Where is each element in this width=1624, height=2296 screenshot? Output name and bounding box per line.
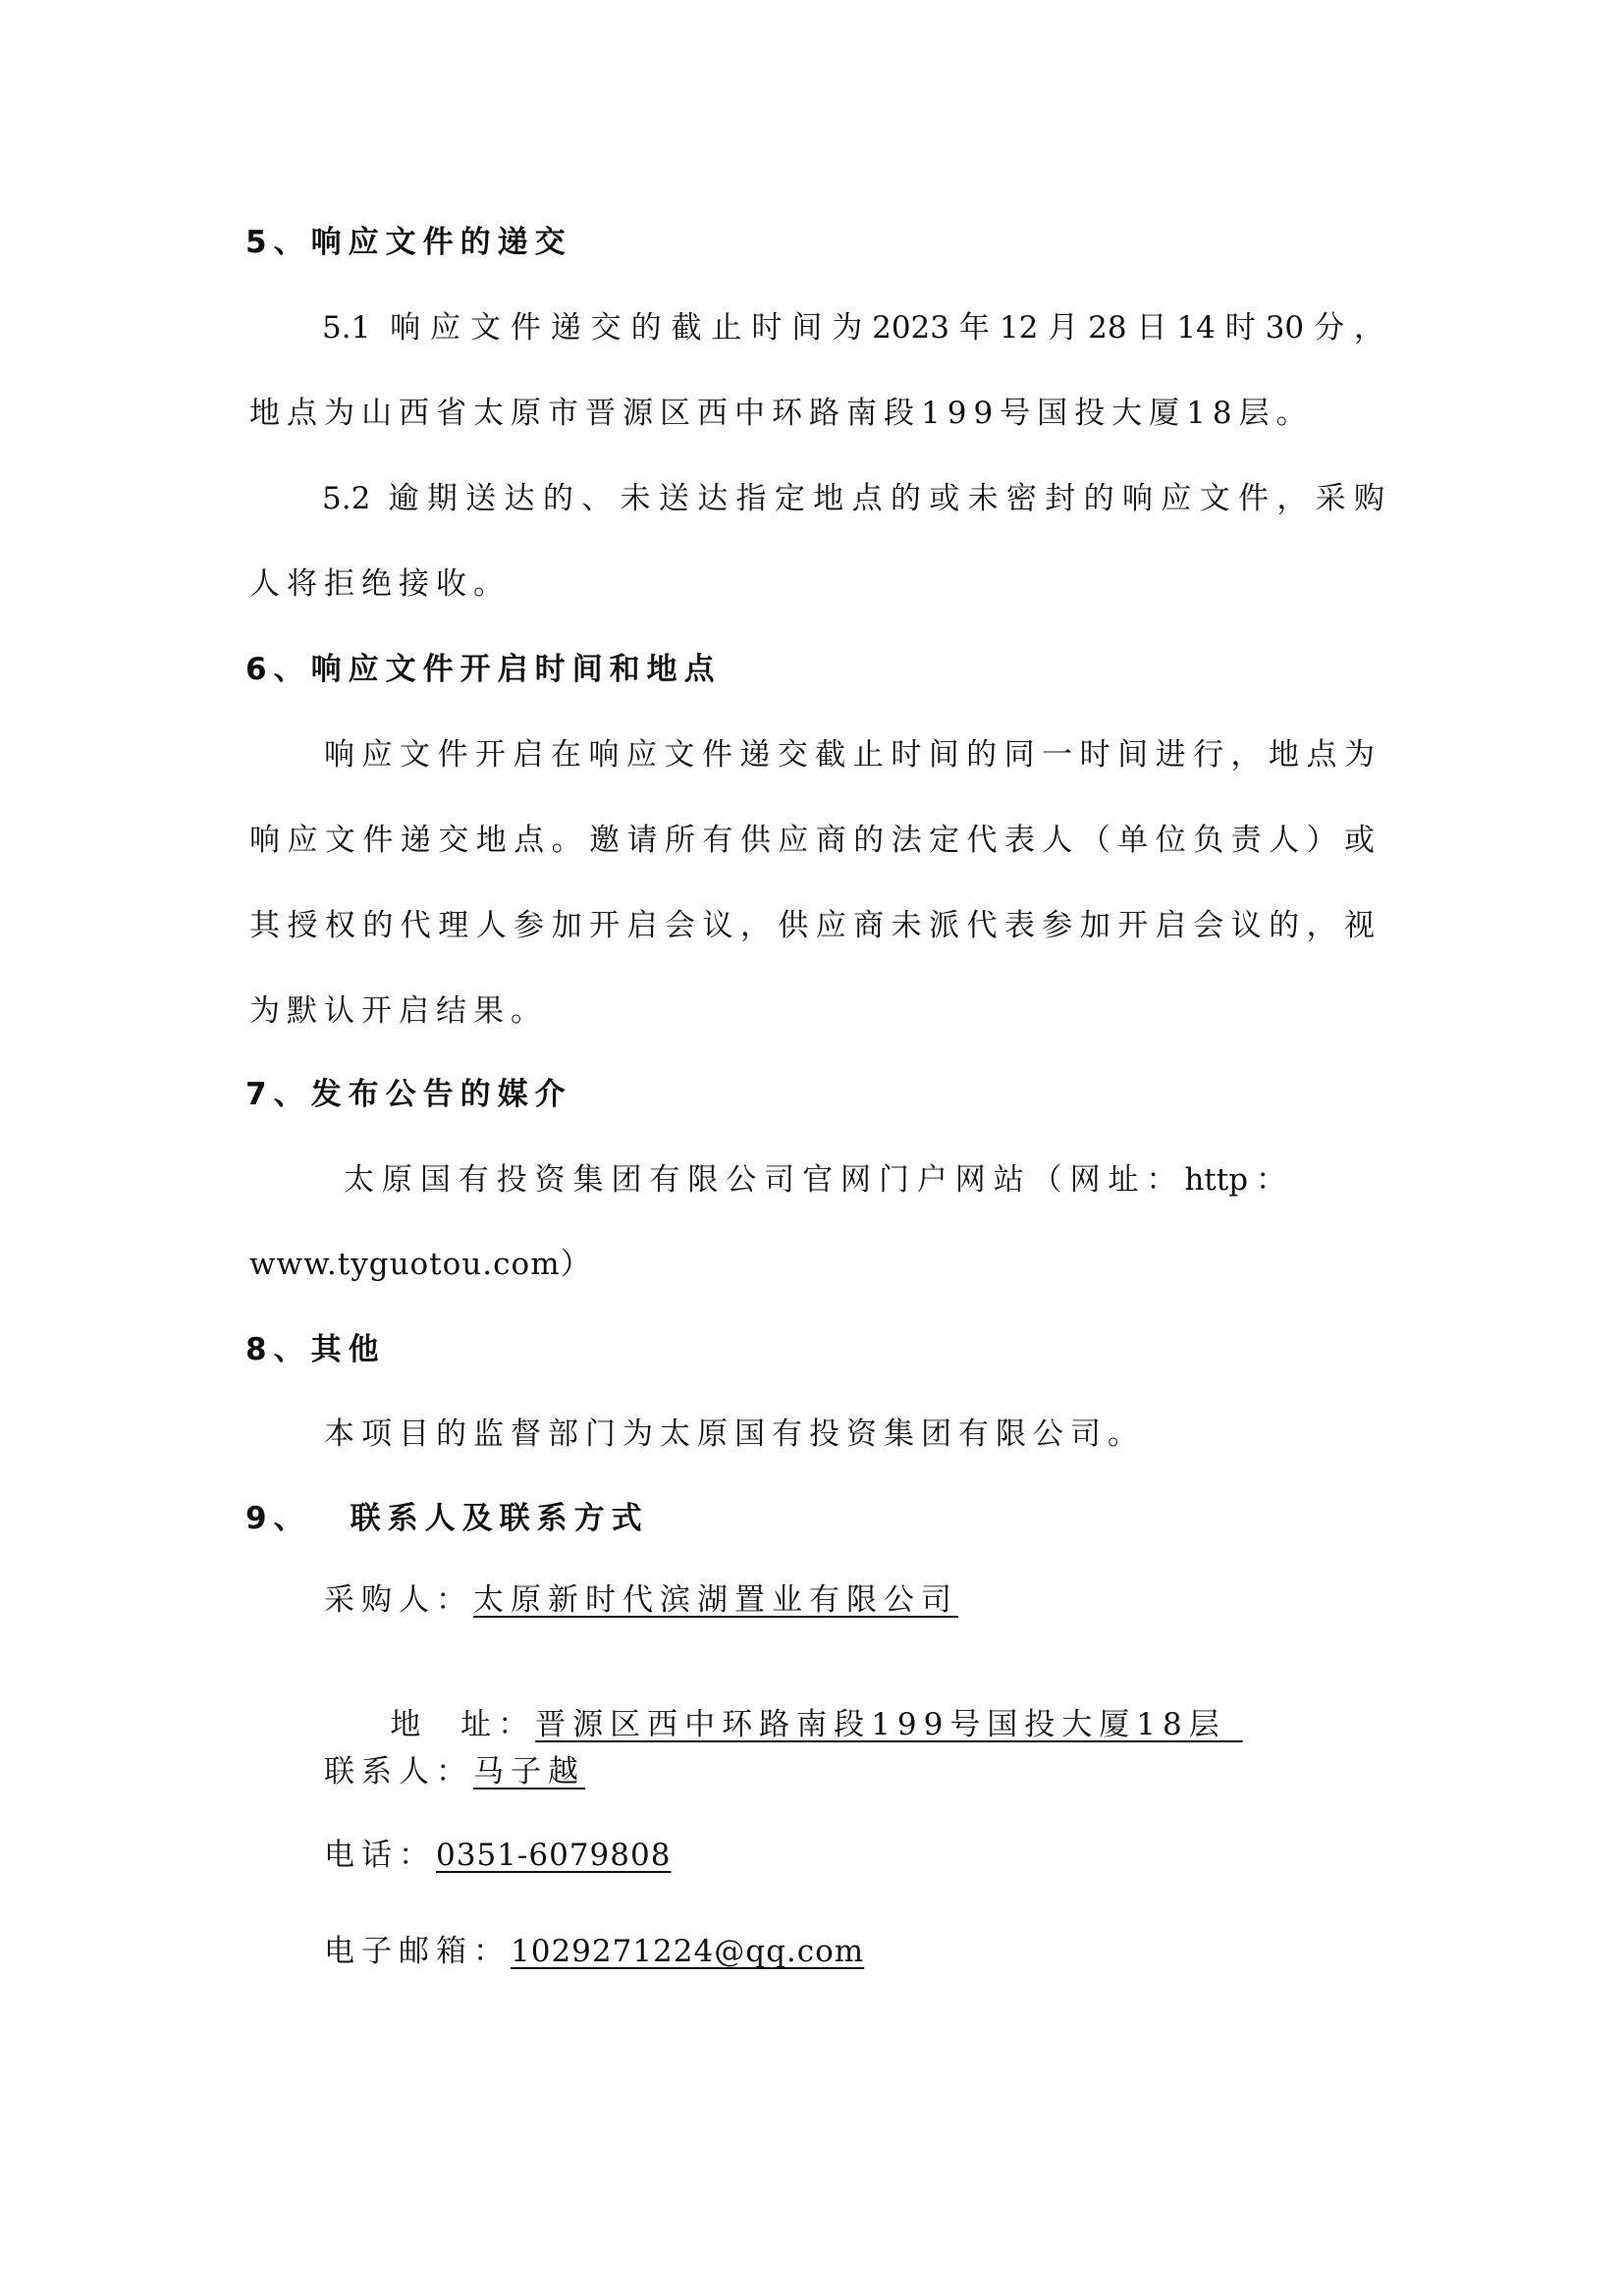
section-7-line-1: 太原国有投资集团有限公司官网门户网站（网址：http：	[344, 1160, 1286, 1200]
contact-phone-row: 电话：0351-6079808	[324, 1836, 671, 1875]
contact-purchaser-row: 采购人：太原新时代滨湖置业有限公司	[324, 1580, 958, 1620]
address-value: 晋源区西中环路南段199号国投大厦18层	[535, 1707, 1242, 1742]
section-7-heading: 7、发布公告的媒介	[245, 1075, 572, 1114]
section-6-line-4: 为默认开启结果。	[249, 991, 548, 1031]
address-label: 地 址：	[390, 1707, 535, 1742]
contact-address-row: 地 址：晋源区西中环路南段199号国投大厦18层	[324, 1666, 1243, 1705]
phone-label: 电话：	[324, 1838, 436, 1873]
section-5-2-line-1: 5.2 逾期送达的、未送达指定地点的或未密封的响应文件，采购	[322, 479, 1384, 518]
website-url[interactable]: www.tyguotou.com）	[249, 1245, 592, 1284]
section-6-line-2: 响应文件递交地点。邀请所有供应商的法定代表人（单位负责人）或	[249, 821, 1375, 860]
section-8-heading: 8、其他	[245, 1330, 386, 1369]
section-6-line-3: 其授权的代理人参加开启会议，供应商未派代表参加开启会议的，视	[249, 906, 1375, 945]
purchaser-label: 采购人：	[324, 1582, 473, 1618]
contact-person-row: 联系人：马子越	[324, 1752, 585, 1791]
contact-email-row: 电子邮箱：1029271224@qq.com	[324, 1932, 864, 1971]
section-5-2-line-2: 人将拒绝接收。	[249, 564, 511, 604]
section-5-1-line-1: 5.1 响应文件递交的截止时间为2023年12月28日14时30分，	[322, 308, 1384, 347]
email-label: 电子邮箱：	[324, 1934, 511, 1969]
contact-person-label: 联系人：	[324, 1754, 473, 1789]
email-value[interactable]: 1029271224@qq.com	[511, 1934, 864, 1969]
purchaser-value: 太原新时代滨湖置业有限公司	[473, 1582, 958, 1618]
section-6-heading: 6、响应文件开启时间和地点	[245, 650, 722, 689]
contact-person-value: 马子越	[473, 1754, 585, 1789]
section-9-number: 9、	[245, 1501, 311, 1536]
section-6-line-1: 响应文件开启在响应文件递交截止时间的同一时间进行，地点为	[324, 735, 1375, 774]
section-5-1-line-2: 地点为山西省太原市晋源区西中环路南段199号国投大厦18层。	[249, 394, 1314, 433]
section-8-line-1: 本项目的监督部门为太原国有投资集团有限公司。	[324, 1415, 1145, 1454]
section-9-title: 联系人及联系方式	[351, 1501, 649, 1536]
section-9-heading: 9、联系人及联系方式	[245, 1499, 649, 1538]
phone-value: 0351-6079808	[436, 1838, 671, 1873]
section-5-heading: 5、响应文件的递交	[245, 223, 572, 262]
document-page: 5、响应文件的递交 5.1 响应文件递交的截止时间为2023年12月28日14时…	[0, 0, 1624, 2296]
